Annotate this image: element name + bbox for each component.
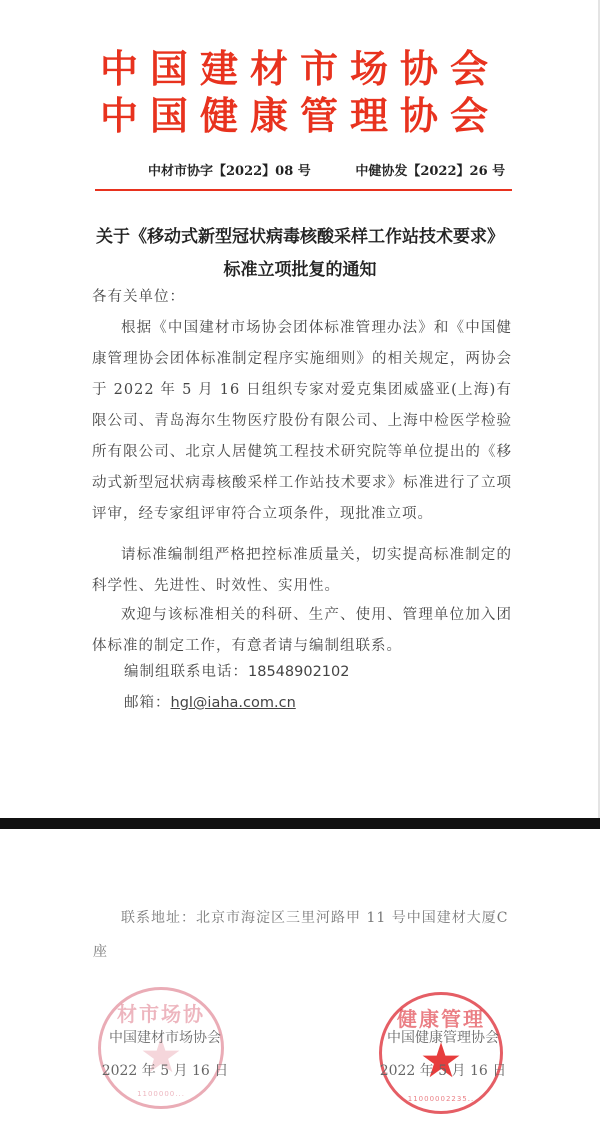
org-title-health-management: 中国健康管理协会 — [0, 97, 600, 135]
notice-title-line-1: 关于《移动式新型冠状病毒核酸采样工作站技术要求》 — [0, 222, 600, 247]
doc-number-2: 中健协发【2022】26 号 — [355, 164, 505, 179]
body-paragraph-1: 根据《中国建材市场协会团体标准管理办法》和《中国健康管理协会团体标准制定程序实施… — [92, 313, 512, 530]
notice-title-line-2: 标准立项批复的通知 — [0, 255, 600, 280]
document-numbers: 中材市协字【2022】08 号 中健协发【2022】26 号 — [148, 160, 545, 179]
contact-phone: 编制组联系电话：18548902102 — [124, 660, 349, 681]
seal-serial: 11000002235.. — [382, 1095, 500, 1103]
contact-email: 邮箱：hgl@iaha.com.cn — [124, 691, 296, 712]
page-separator — [0, 818, 600, 829]
seal-serial: 1100000... — [101, 1090, 221, 1098]
signature-block-2: 中国健康管理协会 2022 年 5 月 16 日 — [378, 1027, 508, 1080]
signature-date: 2022 年 5 月 16 日 — [102, 1063, 229, 1079]
phone-number: 18548902102 — [248, 664, 349, 680]
signature-block-1: 中国建材市场协会 2022 年 5 月 16 日 — [100, 1027, 230, 1080]
salutation: 各有关单位： — [92, 282, 512, 313]
email-link[interactable]: hgl@iaha.com.cn — [171, 695, 296, 711]
body-paragraph-3: 欢迎与该标准相关的科研、生产、使用、管理单位加入团体标准的制定工作，有意者请与编… — [92, 600, 512, 662]
email-label: 邮箱： — [124, 695, 171, 711]
signature-date: 2022 年 5 月 16 日 — [380, 1063, 507, 1079]
document-page-1: 中国建材市场协会 中国健康管理协会 中材市协字【2022】08 号 中健协发【2… — [0, 0, 600, 818]
org-title-building-materials: 中国建材市场协会 — [0, 50, 600, 88]
header-divider — [95, 189, 512, 191]
signature-org: 中国健康管理协会 — [378, 1027, 508, 1047]
contact-address: 联系地址：北京市海淀区三里河路甲 11 号中国建材大厦C座 — [93, 901, 513, 969]
document-page-2: 联系地址：北京市海淀区三里河路甲 11 号中国建材大厦C座 材市场协 ★ 110… — [0, 829, 600, 1133]
phone-label: 编制组联系电话： — [124, 664, 248, 680]
body-paragraph-2: 请标准编制组严格把控标准质量关，切实提高标准制定的科学性、先进性、时效性、实用性… — [92, 540, 512, 602]
doc-number-1: 中材市协字【2022】08 号 — [148, 164, 311, 179]
signature-org: 中国建材市场协会 — [100, 1027, 230, 1047]
seal-arc-text: 材市场协 — [101, 998, 221, 1027]
